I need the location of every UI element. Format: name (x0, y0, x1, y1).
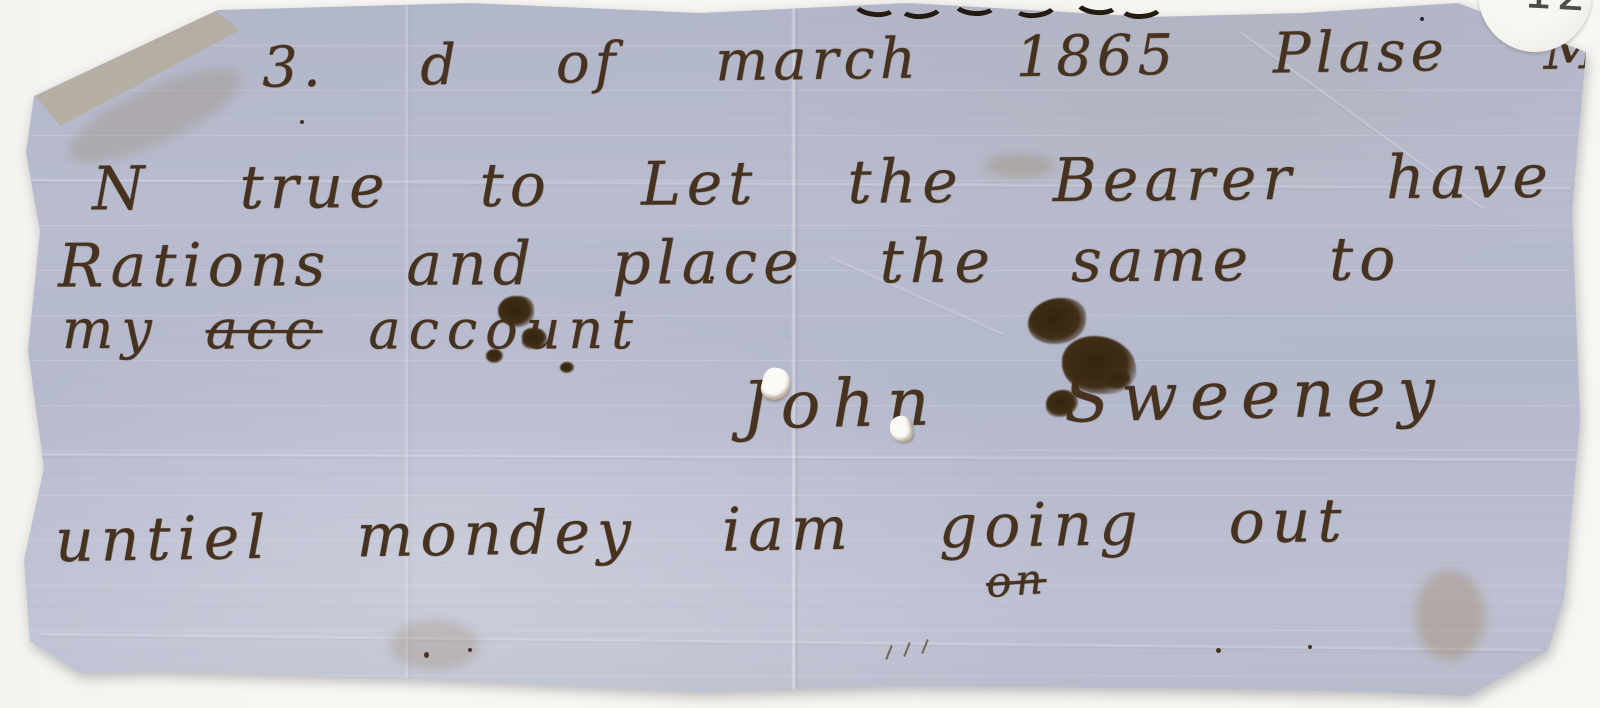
sticker-number: 12 (1523, 0, 1592, 22)
paper-stain (1415, 570, 1485, 660)
ink-speck (1308, 645, 1312, 649)
line6-struck-word: on (984, 554, 1048, 607)
note-paper-shadow: 3. d of march 1865 Plase Mr N true to Le… (0, 0, 1600, 708)
ink-blot (486, 349, 503, 363)
ink-blot (1104, 368, 1131, 389)
ink-speck (1216, 648, 1221, 653)
ink-speck (424, 652, 429, 658)
paper-stain (390, 620, 480, 670)
handwritten-line-3: Rations and place the same to (58, 224, 1402, 301)
ink-speck (468, 648, 472, 652)
note-paper: 3. d of march 1865 Plase Mr N true to Le… (0, 0, 1600, 708)
handwritten-line-2: N true to Let the Bearer have (92, 142, 1554, 225)
line4-word-my: my (62, 298, 160, 361)
ink-speck (300, 120, 304, 124)
ink-speck (710, 276, 714, 280)
line4-struck-word: acc (206, 298, 323, 361)
ink-blot (560, 362, 574, 373)
handwritten-line-4: myaccaccount (62, 298, 641, 361)
blue-ink-dot (1420, 17, 1424, 21)
scanned-document: 3. d of march 1865 Plase Mr N true to Le… (0, 0, 1600, 708)
ink-blot (498, 296, 534, 327)
